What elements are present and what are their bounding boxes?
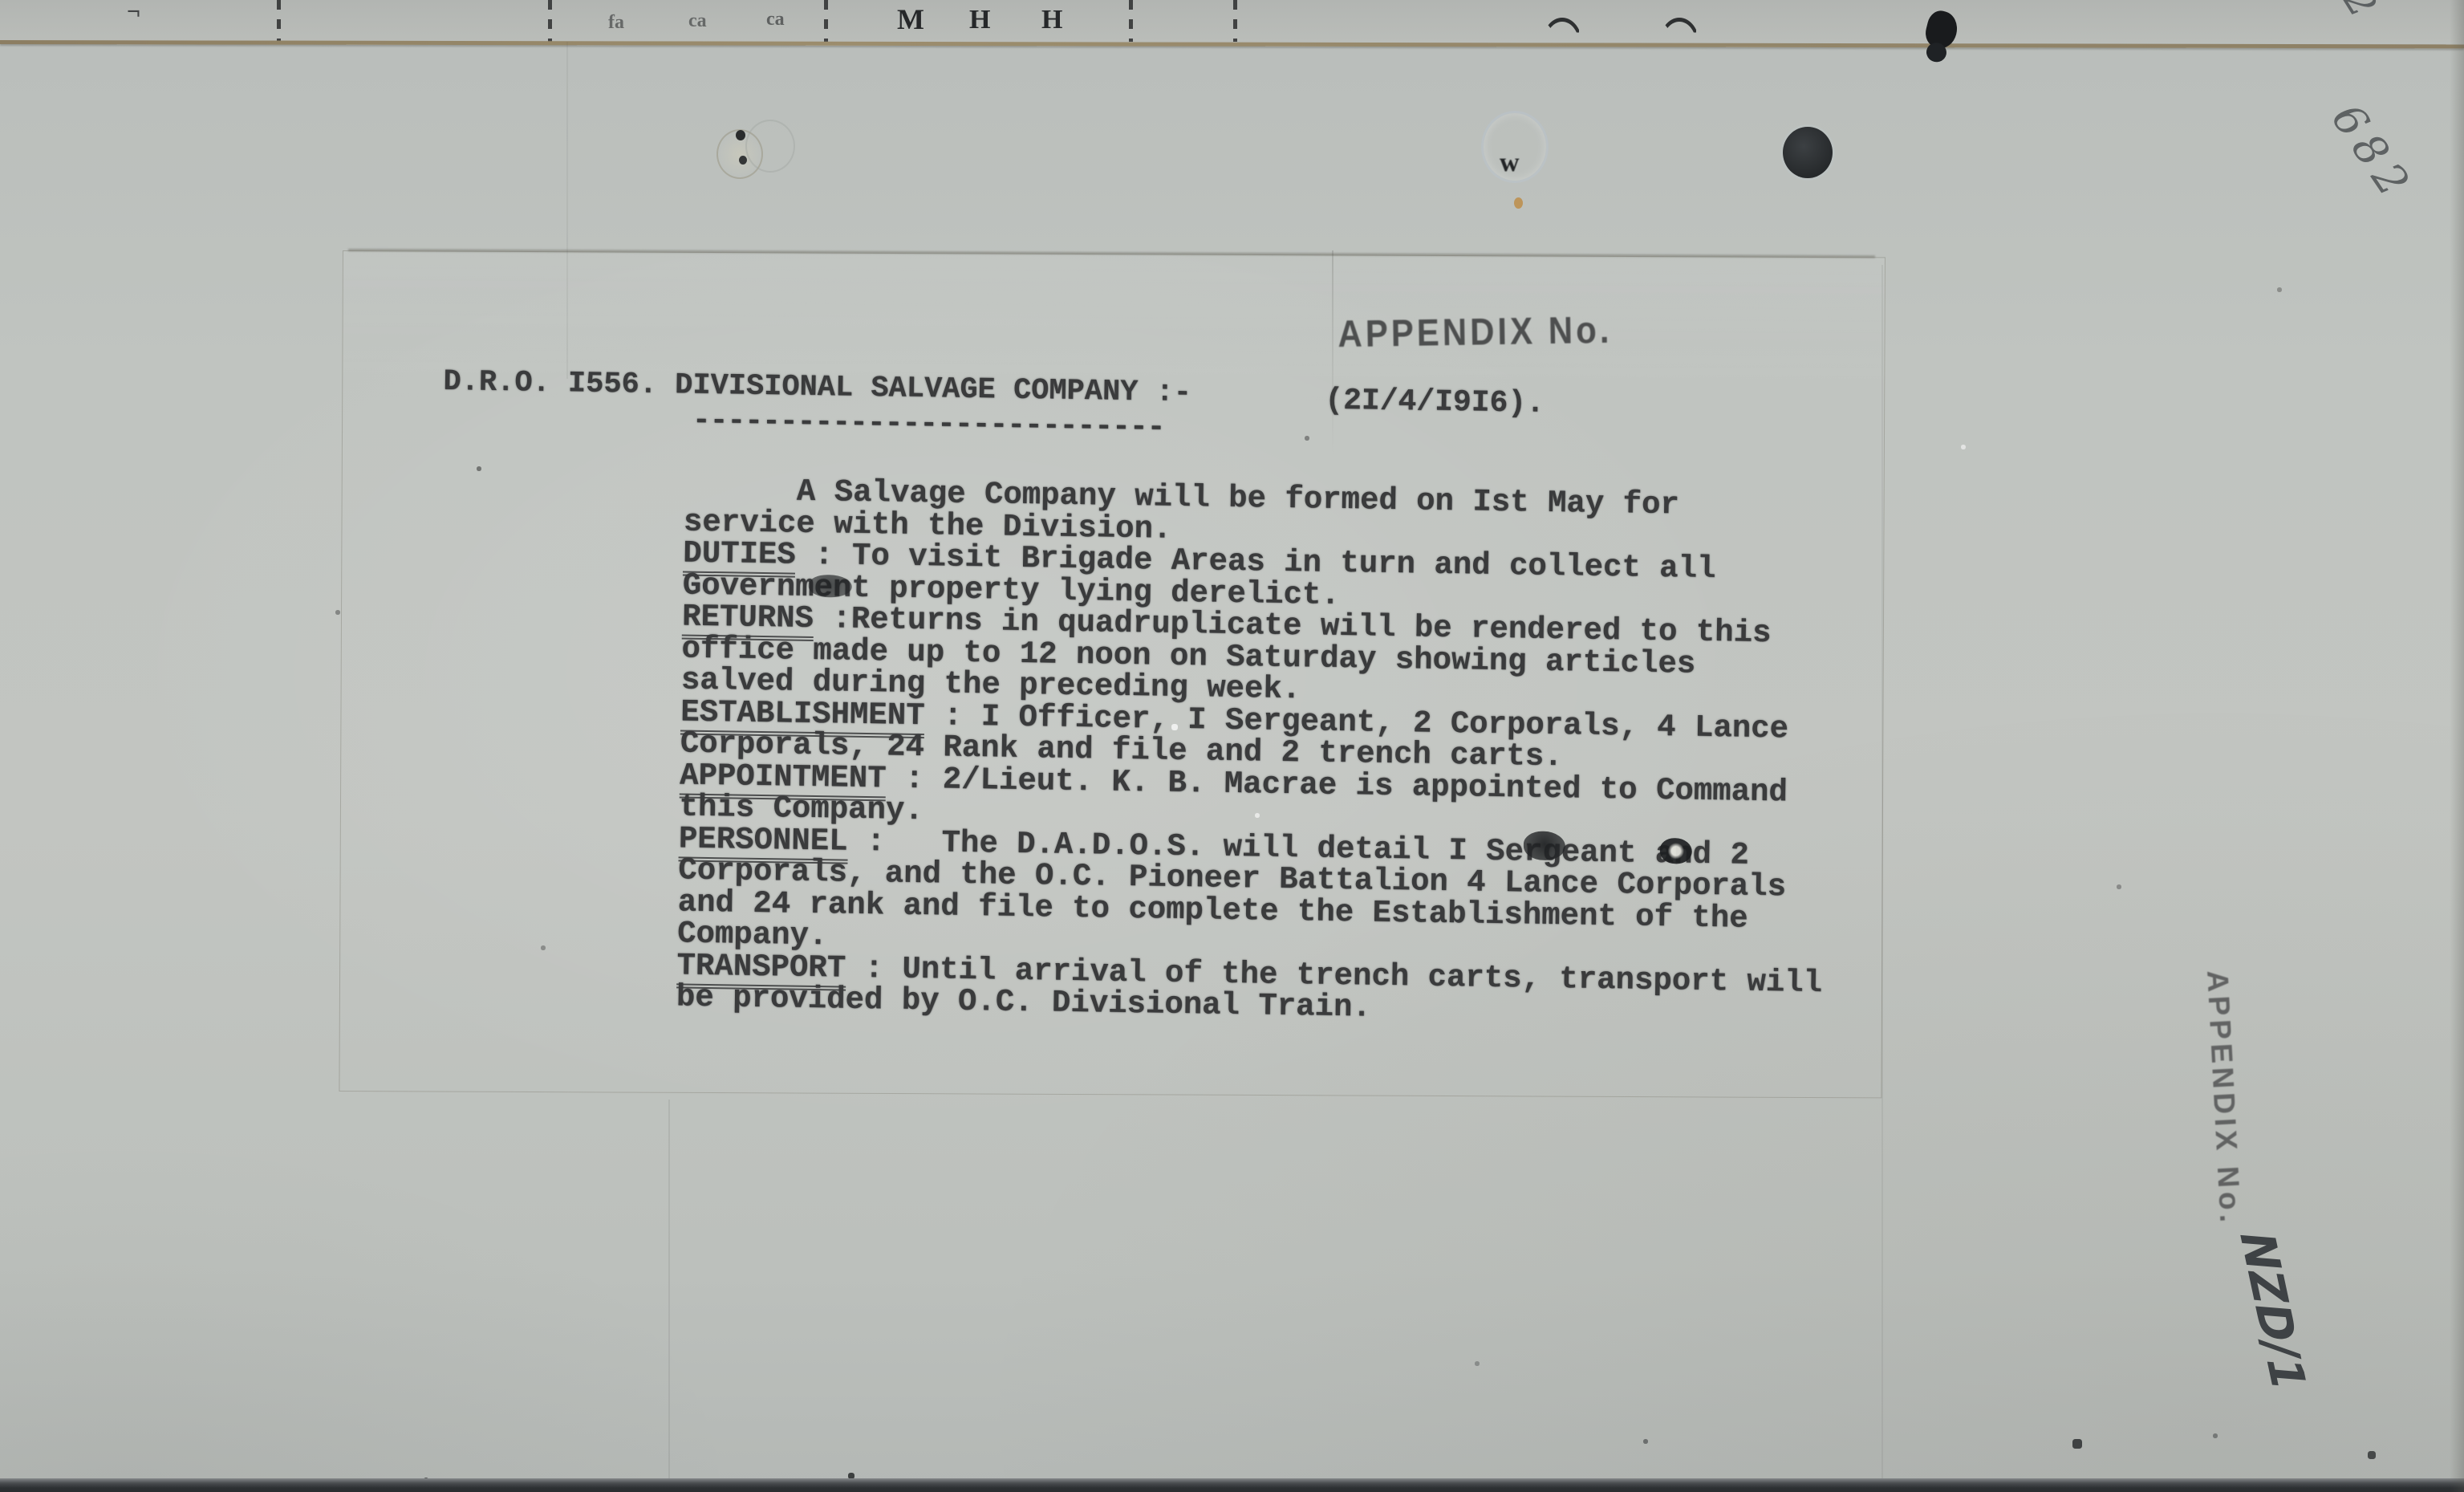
band-letter-mark: ca [688, 11, 707, 30]
table-rule-mark [1129, 0, 1133, 42]
appendix-number-stamp: APPENDIX No. [1338, 308, 1613, 356]
ring-stain [745, 120, 795, 173]
ink-dot [739, 156, 747, 165]
underlying-page-edge: MHHfacaca¬ [0, 0, 2464, 42]
table-rule-mark [277, 0, 281, 42]
table-rule-mark [548, 0, 552, 42]
typed-sheet: APPENDIX No. D.R.O. I556. DIVISIONAL SAL… [339, 250, 1886, 1098]
scan-right-edge [2450, 0, 2464, 1492]
rust-speck [1514, 197, 1523, 209]
table-rule-mark [824, 0, 828, 42]
paper-speckles [0, 0, 2, 2]
page-number-handwritten: 682 [2322, 95, 2424, 212]
band-letter-mark: H [969, 6, 990, 34]
paper-crease [566, 42, 568, 379]
ink-smudge [809, 575, 852, 598]
ink-smudge [1524, 831, 1566, 860]
scan-bottom-edge [0, 1478, 2464, 1492]
band-letter-mark: ca [766, 10, 785, 29]
band-letter-mark: H [1041, 6, 1062, 34]
paper-crease [668, 1100, 670, 1492]
punch-hole-glyph: w [1500, 148, 1520, 178]
order-title: D.R.O. I556. DIVISIONAL SALVAGE COMPANY … [443, 365, 1191, 410]
title-underline: --------------------------- [692, 404, 1165, 445]
band-letter-mark: M [897, 5, 924, 34]
scanned-document-page: MHHfacaca¬ 82 682 w APPENDIX No. D.R.O. … [0, 0, 2464, 1492]
order-date: (2I/4/I9I6). [1325, 384, 1545, 421]
appendix-stamp-vertical: APPENDIX No. [2200, 970, 2247, 1227]
band-letter-mark: fa [608, 13, 624, 32]
band-letter-mark: ¬ [127, 0, 140, 24]
typed-sheet-content: APPENDIX No. D.R.O. I556. DIVISIONAL SAL… [331, 251, 1885, 1114]
paper-crease [1332, 250, 1333, 459]
ink-dot [736, 130, 745, 140]
typed-body: A Salvage Company will be formed on Ist … [676, 474, 1830, 1031]
arc-mark [1659, 18, 1699, 44]
punch-hole-dark [1783, 127, 1833, 178]
arc-mark [1542, 18, 1582, 44]
paper-crease [1881, 265, 1883, 1492]
table-rule-mark [1233, 0, 1237, 42]
reference-handwritten: NZD/1 [2229, 1230, 2317, 1392]
ink-smudge [1660, 838, 1692, 864]
